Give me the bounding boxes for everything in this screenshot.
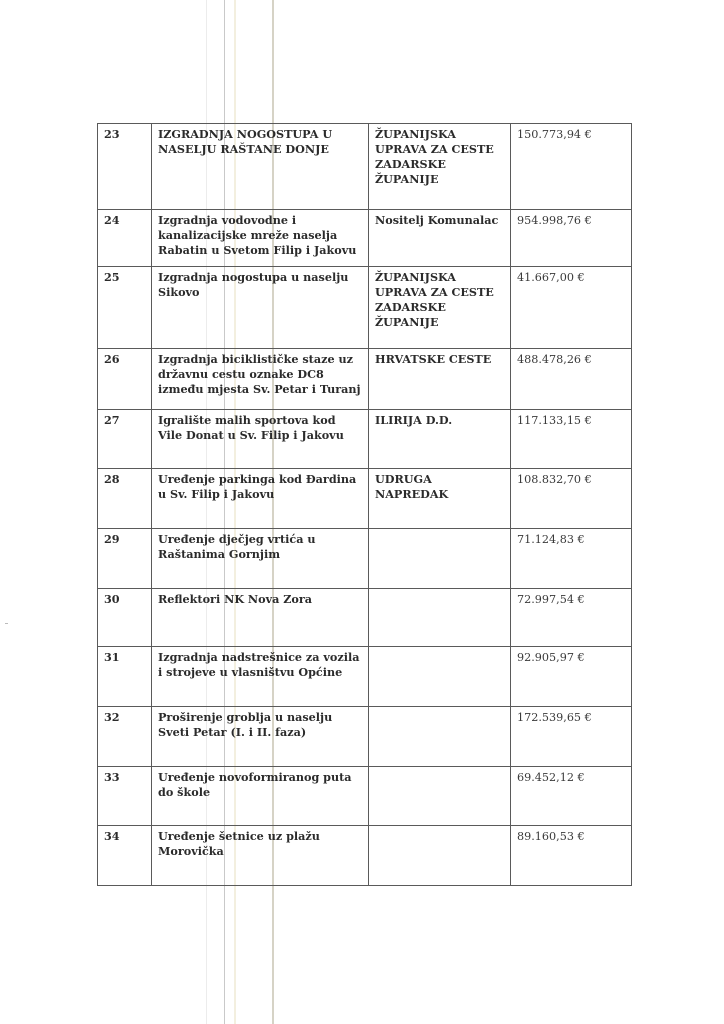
project-name: Uređenje parkinga kod Đardina u Sv. Fili… <box>152 469 369 529</box>
project-holder <box>369 707 511 767</box>
project-amount: 954.998,76 € <box>511 210 632 267</box>
project-amount: 108.832,70 € <box>511 469 632 529</box>
table-row: 24 Izgradnja vodovodne i kanalizacijske … <box>98 210 632 267</box>
projects-table: 23 IZGRADNJA NOGOSTUPA U NASELJU RAŠTANE… <box>97 123 632 886</box>
row-number: 26 <box>98 349 152 410</box>
table-row: 32 Proširenje groblja u naselju Sveti Pe… <box>98 707 632 767</box>
row-number: 30 <box>98 589 152 647</box>
project-name: Uređenje šetnice uz plažu Morovička <box>152 826 369 886</box>
project-amount: 92.905,97 € <box>511 647 632 707</box>
table-row: 23 IZGRADNJA NOGOSTUPA U NASELJU RAŠTANE… <box>98 124 632 210</box>
project-amount: 72.997,54 € <box>511 589 632 647</box>
project-name: Uređenje dječjeg vrtića u Raštanima Gorn… <box>152 529 369 589</box>
table-row: 34 Uređenje šetnice uz plažu Morovička 8… <box>98 826 632 886</box>
project-name: Reflektori NK Nova Zora <box>152 589 369 647</box>
project-name: Igralište malih sportova kod Vile Donat … <box>152 410 369 469</box>
project-name: Izgradnja vodovodne i kanalizacijske mre… <box>152 210 369 267</box>
project-amount: 150.773,94 € <box>511 124 632 210</box>
table-row: 31 Izgradnja nadstrešnice za vozila i st… <box>98 647 632 707</box>
project-name: IZGRADNJA NOGOSTUPA U NASELJU RAŠTANE DO… <box>152 124 369 210</box>
project-amount: 69.452,12 € <box>511 767 632 826</box>
project-holder <box>369 826 511 886</box>
row-number: 24 <box>98 210 152 267</box>
project-holder <box>369 529 511 589</box>
table-row: 33 Uređenje novoformiranog puta do škole… <box>98 767 632 826</box>
table-row: 26 Izgradnja biciklističke staze uz drža… <box>98 349 632 410</box>
project-amount: 71.124,83 € <box>511 529 632 589</box>
project-amount: 172.539,65 € <box>511 707 632 767</box>
project-amount: 488.478,26 € <box>511 349 632 410</box>
project-holder <box>369 647 511 707</box>
table-row: 27 Igralište malih sportova kod Vile Don… <box>98 410 632 469</box>
row-number: 25 <box>98 267 152 349</box>
row-number: 29 <box>98 529 152 589</box>
row-number: 28 <box>98 469 152 529</box>
project-name: Izgradnja nogostupa u naselju Sikovo <box>152 267 369 349</box>
project-holder: ŽUPANIJSKA UPRAVA ZA CESTE ZADARSKE ŽUPA… <box>369 124 511 210</box>
project-holder: Nositelj Komunalac <box>369 210 511 267</box>
row-number: 23 <box>98 124 152 210</box>
project-name: Proširenje groblja u naselju Sveti Petar… <box>152 707 369 767</box>
project-name: Izgradnja biciklističke staze uz državnu… <box>152 349 369 410</box>
row-number: 31 <box>98 647 152 707</box>
project-holder: ŽUPANIJSKA UPRAVA ZA CESTE ZADARSKE ŽUPA… <box>369 267 511 349</box>
row-number: 34 <box>98 826 152 886</box>
project-holder: HRVATSKE CESTE <box>369 349 511 410</box>
row-number: 33 <box>98 767 152 826</box>
table-row: 25 Izgradnja nogostupa u naselju Sikovo … <box>98 267 632 349</box>
scan-speck <box>5 623 8 624</box>
table-row: 28 Uređenje parkinga kod Đardina u Sv. F… <box>98 469 632 529</box>
row-number: 32 <box>98 707 152 767</box>
project-holder <box>369 589 511 647</box>
project-amount: 89.160,53 € <box>511 826 632 886</box>
project-holder: ILIRIJA D.D. <box>369 410 511 469</box>
table-row: 29 Uređenje dječjeg vrtića u Raštanima G… <box>98 529 632 589</box>
project-name: Izgradnja nadstrešnice za vozila i stroj… <box>152 647 369 707</box>
project-holder: UDRUGA NAPREDAK <box>369 469 511 529</box>
project-name: Uređenje novoformiranog puta do škole <box>152 767 369 826</box>
project-amount: 41.667,00 € <box>511 267 632 349</box>
project-holder <box>369 767 511 826</box>
project-amount: 117.133,15 € <box>511 410 632 469</box>
table-row: 30 Reflektori NK Nova Zora 72.997,54 € <box>98 589 632 647</box>
row-number: 27 <box>98 410 152 469</box>
